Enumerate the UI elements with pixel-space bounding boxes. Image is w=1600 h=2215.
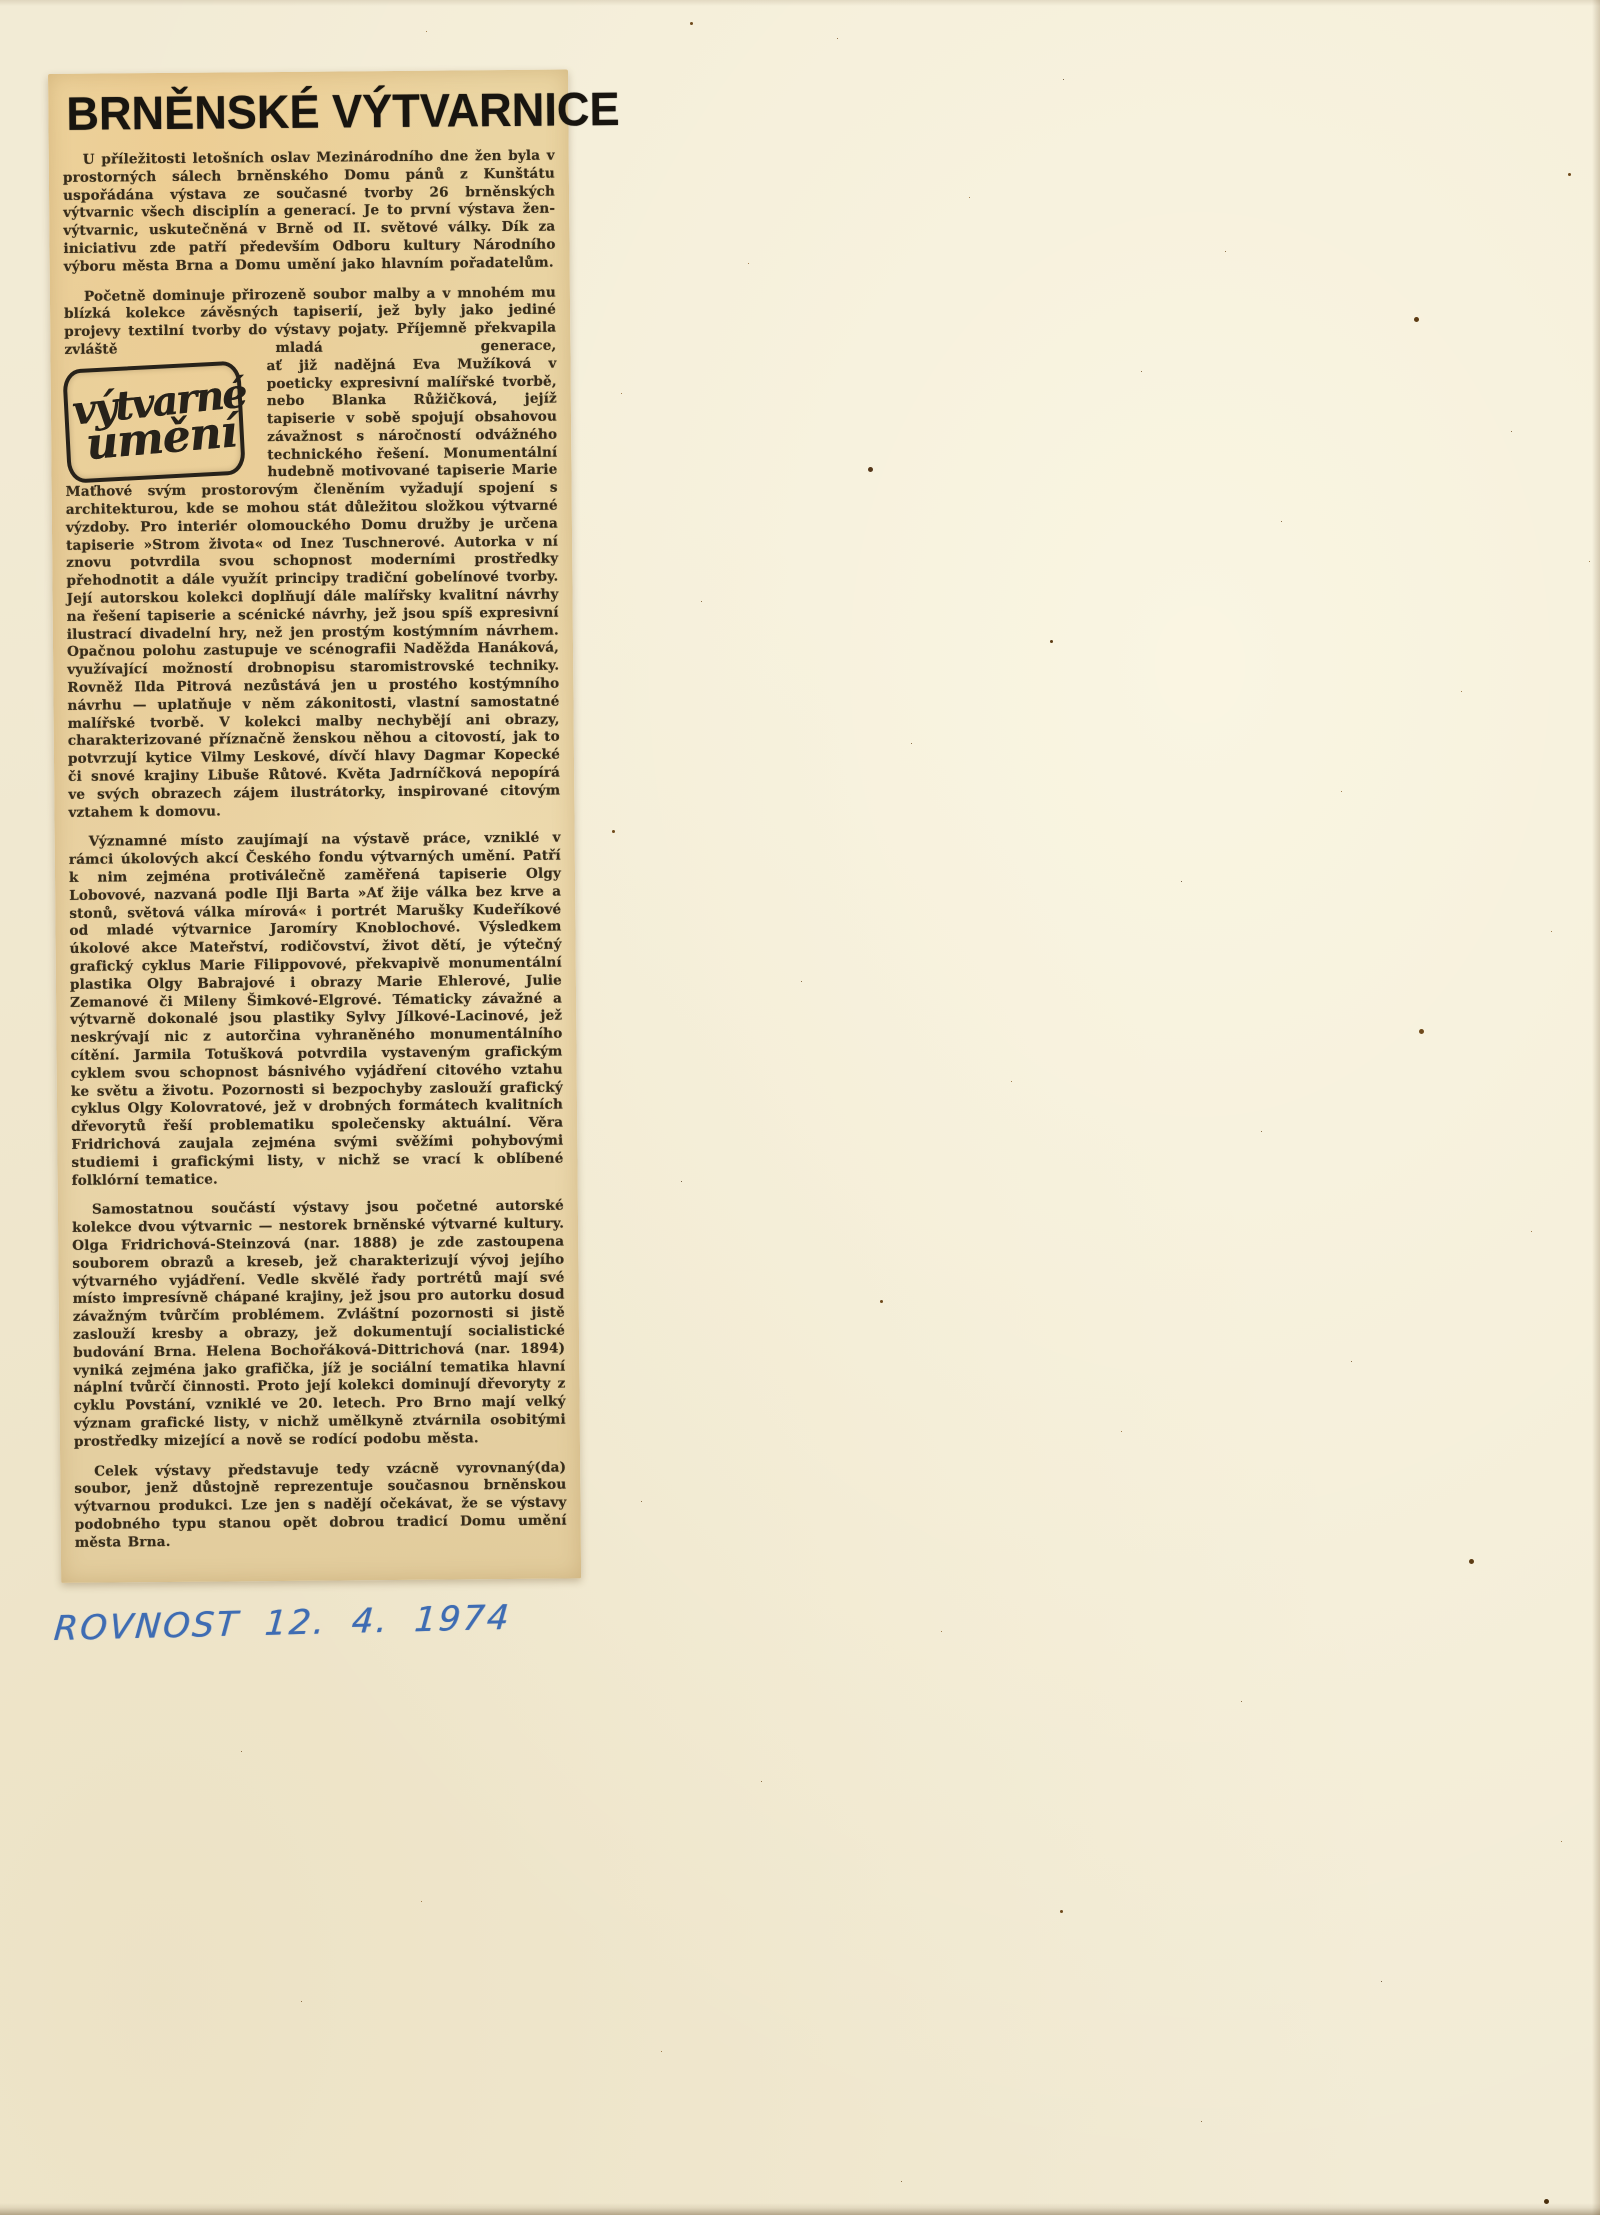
article-paragraph-2-body: výtvarné umění ať již nadějná Eva Mužíko… <box>64 355 560 822</box>
article-paragraph-5-text: Celek výstavy představuje tedy vzácně vy… <box>74 1459 566 1550</box>
newspaper-clipping: BRNĚNSKÉ VÝTVARNICE U příležitosti letoš… <box>48 69 581 1582</box>
clipping-column: BRNĚNSKÉ VÝTVARNICE U příležitosti letoš… <box>48 74 568 1649</box>
article-paragraph-5: (da) Celek výstavy představuje tedy vzác… <box>74 1459 567 1552</box>
article-paragraph-1: U příležitosti letošních oslav Mezinárod… <box>63 148 556 277</box>
vytvarne-umeni-logo: výtvarné umění <box>62 360 246 483</box>
author-initials: (da) <box>534 1459 566 1477</box>
scanned-page: { "colors": { "paper": "#f2ebd5", "clipp… <box>0 0 1600 2215</box>
handwritten-source-note: ROVNOST 12. 4. 1974 <box>52 1596 569 1649</box>
logo-word-umeni: umění <box>84 411 241 466</box>
paper-edge-top <box>0 0 1600 6</box>
article-paragraph-3: Významné místo zaujímají na výstavě prác… <box>69 830 564 1190</box>
paper-edge-right <box>1592 0 1600 2215</box>
article-paragraph-4: Samostatnou součástí výstavy jsou početn… <box>72 1198 566 1451</box>
article-headline: BRNĚNSKÉ VÝTVARNICE <box>66 86 535 138</box>
article-paragraph-2-lead: Početně dominuje přirozeně soubor malby … <box>64 284 557 359</box>
paper-edge-bottom <box>0 2203 1600 2215</box>
